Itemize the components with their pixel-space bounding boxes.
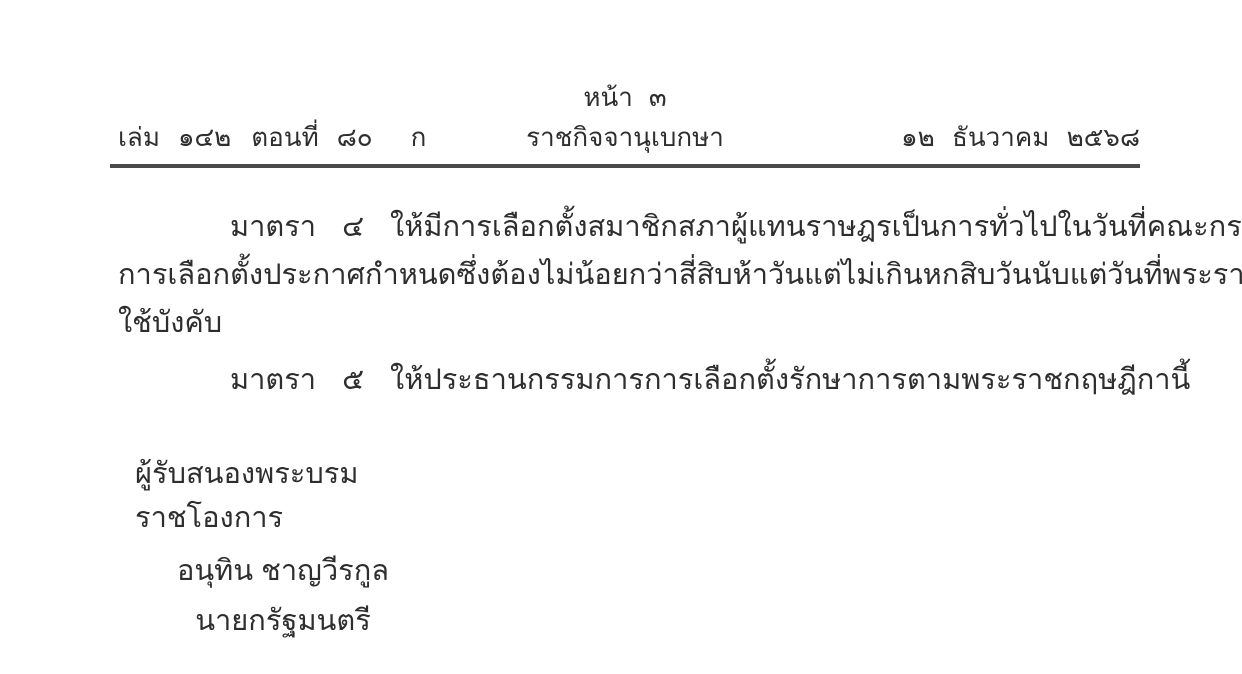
issue-section: ก [411,120,427,154]
header-double-rule [110,164,1140,168]
volume-info: เล่ม๑๔๒ตอนที่๘๐ก [118,120,426,154]
section-number: ๔ [342,203,364,251]
section-text: ให้มีการเลือกตั้งสมาชิกสภาผู้แทนราษฎรเป็… [390,211,1242,243]
signer-position: นายกรัฐมนตรี [135,599,431,643]
masthead-row: เล่ม๑๔๒ตอนที่๘๐ก ราชกิจจานุเบกษา ๑๒ ธันว… [110,120,1140,156]
volume-label: เล่ม [118,120,160,154]
page-number: ๓ [649,82,667,112]
section-label: มาตรา [230,211,316,243]
section-text: ให้ประธานกรรมการการเลือกตั้งรักษาการตามพ… [390,364,1190,396]
gazette-page: หน้า๓ เล่ม๑๔๒ตอนที่๘๐ก ราชกิจจานุเบกษา ๑… [0,0,1242,674]
decree-body: มาตรา๔ให้มีการเลือกตั้งสมาชิกสภาผู้แทนรา… [118,203,1138,404]
volume-number: ๑๔๒ [178,120,231,154]
section-5-line-1: มาตรา๕ให้ประธานกรรมการการเลือกตั้งรักษาก… [118,356,1138,404]
gazette-title: ราชกิจจานุเบกษา [526,120,724,154]
section-4-line-2: การเลือกตั้งประกาศกำหนดซึ่งต้องไม่น้อยกว… [118,251,1138,299]
issue-date: ๑๒ ธันวาคม ๒๕๖๘ [901,120,1140,154]
countersign-block: ผู้รับสนองพระบรมราชโองการ อนุทิน ชาญวีรก… [135,452,431,643]
page-header: หน้า๓ เล่ม๑๔๒ตอนที่๘๐ก ราชกิจจานุเบกษา ๑… [110,80,1140,168]
issue-number: ๘๐ [337,120,373,154]
section-label: มาตรา [230,364,316,396]
section-5-paragraph: มาตรา๕ให้ประธานกรรมการการเลือกตั้งรักษาก… [118,356,1138,404]
section-4-line-3: ใช้บังคับ [118,299,1138,347]
section-4-paragraph: มาตรา๔ให้มีการเลือกตั้งสมาชิกสภาผู้แทนรา… [118,203,1138,347]
page-number-line: หน้า๓ [110,80,1140,114]
section-number: ๕ [342,356,364,404]
countersign-title: ผู้รับสนองพระบรมราชโองการ [135,452,431,540]
section-4-line-1: มาตรา๔ให้มีการเลือกตั้งสมาชิกสภาผู้แทนรา… [118,203,1138,251]
signer-name: อนุทิน ชาญวีรกูล [135,549,431,593]
issue-label: ตอนที่ [251,120,318,154]
page-label: หน้า [583,82,633,112]
